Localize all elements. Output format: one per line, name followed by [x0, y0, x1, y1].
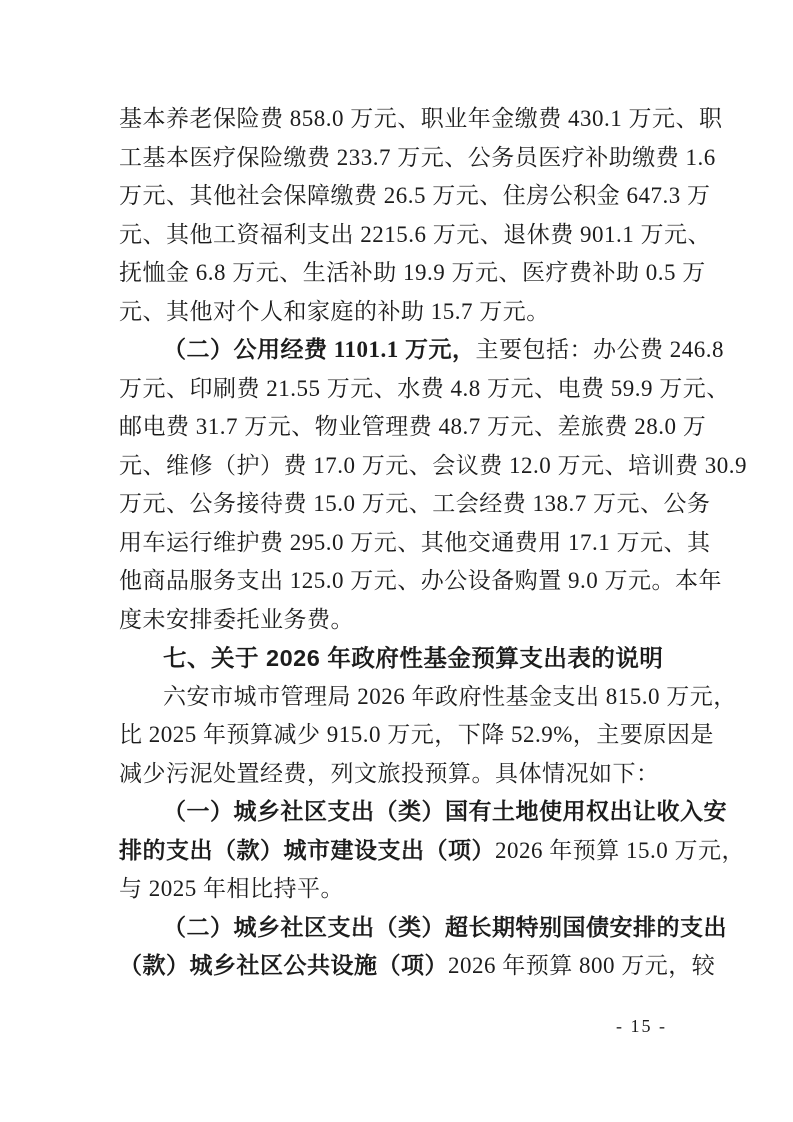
body-text: 六安市城市管理局 2026 年政府性基金支出 815.0 万元， — [163, 684, 737, 709]
body-text: 元、其他工资福利支出 2215.6 万元、退休费 901.1 万元、 — [119, 222, 711, 247]
emphasis-text: （二）公用经费 1101.1 万元， — [163, 337, 475, 362]
document-page: 基本养老保险费 858.0 万元、职业年金缴费 430.1 万元、职工基本医疗保… — [0, 0, 793, 1122]
text-line: （二）公用经费 1101.1 万元，主要包括：办公费 246.8 — [119, 331, 676, 370]
text-line: 用车运行维护费 295.0 万元、其他交通费用 17.1 万元、其 — [119, 524, 676, 563]
text-line: 基本养老保险费 858.0 万元、职业年金缴费 430.1 万元、职 — [119, 100, 676, 139]
text-line: 减少污泥处置经费，列文旅投预算。具体情况如下： — [119, 755, 676, 794]
body-text: 工基本医疗保险缴费 233.7 万元、公务员医疗补助缴费 1.6 — [119, 145, 716, 170]
text-line: 六安市城市管理局 2026 年政府性基金支出 815.0 万元， — [119, 678, 676, 717]
text-line: 排的支出（款）城市建设支出（项）2026 年预算 15.0 万元， — [119, 832, 676, 871]
section-heading-text: 七、关于 2026 年政府性基金预算支出表的说明 — [163, 645, 663, 671]
text-line: 万元、其他社会保障缴费 26.5 万元、住房公积金 647.3 万 — [119, 177, 676, 216]
emphasis-text: （二）城乡社区支出（类）超长期特别国债安排的支出 — [163, 915, 727, 940]
body-text: 元、其他对个人和家庭的补助 15.7 万元。 — [119, 299, 550, 324]
body-text: 基本养老保险费 858.0 万元、职业年金缴费 430.1 万元、职 — [119, 106, 723, 131]
text-line: 工基本医疗保险缴费 233.7 万元、公务员医疗补助缴费 1.6 — [119, 139, 676, 178]
body-text: 万元、印刷费 21.55 万元、水费 4.8 万元、电费 59.9 万元、 — [119, 376, 730, 401]
page-number: - 15 - — [616, 1016, 667, 1037]
text-line: 抚恤金 6.8 万元、生活补助 19.9 万元、医疗费补助 0.5 万 — [119, 254, 676, 293]
text-line: 元、其他对个人和家庭的补助 15.7 万元。 — [119, 293, 676, 332]
text-line: （一）城乡社区支出（类）国有土地使用权出让收入安 — [119, 793, 676, 832]
emphasis-text: （一）城乡社区支出（类）国有土地使用权出让收入安 — [163, 799, 727, 824]
body-text: 邮电费 31.7 万元、物业管理费 48.7 万元、差旅费 28.0 万 — [119, 414, 706, 439]
text-line: 度未安排委托业务费。 — [119, 601, 676, 640]
body-text: 万元、其他社会保障缴费 26.5 万元、住房公积金 647.3 万 — [119, 183, 711, 208]
document-body: 基本养老保险费 858.0 万元、职业年金缴费 430.1 万元、职工基本医疗保… — [119, 100, 676, 986]
body-text: 他商品服务支出 125.0 万元、办公设备购置 9.0 万元。本年 — [119, 568, 722, 593]
text-line: 邮电费 31.7 万元、物业管理费 48.7 万元、差旅费 28.0 万 — [119, 408, 676, 447]
body-text: 万元、公务接待费 15.0 万元、工会经费 138.7 万元、公务 — [119, 491, 711, 516]
body-text: 2026 年预算 15.0 万元， — [495, 838, 745, 863]
body-text: 比 2025 年预算减少 915.0 万元，下降 52.9%，主要原因是 — [119, 722, 714, 747]
body-text: 抚恤金 6.8 万元、生活补助 19.9 万元、医疗费补助 0.5 万 — [119, 260, 706, 285]
text-line: （二）城乡社区支出（类）超长期特别国债安排的支出 — [119, 909, 676, 948]
text-line: 比 2025 年预算减少 915.0 万元，下降 52.9%，主要原因是 — [119, 716, 676, 755]
emphasis-text: 排的支出（款）城市建设支出（项） — [119, 838, 495, 863]
body-text: 用车运行维护费 295.0 万元、其他交通费用 17.1 万元、其 — [119, 530, 711, 555]
body-text: 度未安排委托业务费。 — [119, 607, 354, 632]
body-text: 与 2025 年相比持平。 — [119, 876, 344, 901]
text-line: 万元、公务接待费 15.0 万元、工会经费 138.7 万元、公务 — [119, 485, 676, 524]
body-text: 2026 年预算 800 万元，较 — [448, 953, 715, 978]
text-line: 万元、印刷费 21.55 万元、水费 4.8 万元、电费 59.9 万元、 — [119, 370, 676, 409]
text-line: 元、其他工资福利支出 2215.6 万元、退休费 901.1 万元、 — [119, 216, 676, 255]
text-line: 与 2025 年相比持平。 — [119, 870, 676, 909]
body-text: 元、维修（护）费 17.0 万元、会议费 12.0 万元、培训费 30.9 — [119, 453, 747, 478]
text-line: 七、关于 2026 年政府性基金预算支出表的说明 — [119, 639, 676, 678]
text-line: 他商品服务支出 125.0 万元、办公设备购置 9.0 万元。本年 — [119, 562, 676, 601]
body-text: 主要包括：办公费 246.8 — [475, 337, 724, 362]
text-line: （款）城乡社区公共设施（项）2026 年预算 800 万元，较 — [119, 947, 676, 986]
body-text: 减少污泥处置经费，列文旅投预算。具体情况如下： — [119, 761, 660, 786]
text-line: 元、维修（护）费 17.0 万元、会议费 12.0 万元、培训费 30.9 — [119, 447, 676, 486]
emphasis-text: （款）城乡社区公共设施（项） — [119, 953, 448, 978]
